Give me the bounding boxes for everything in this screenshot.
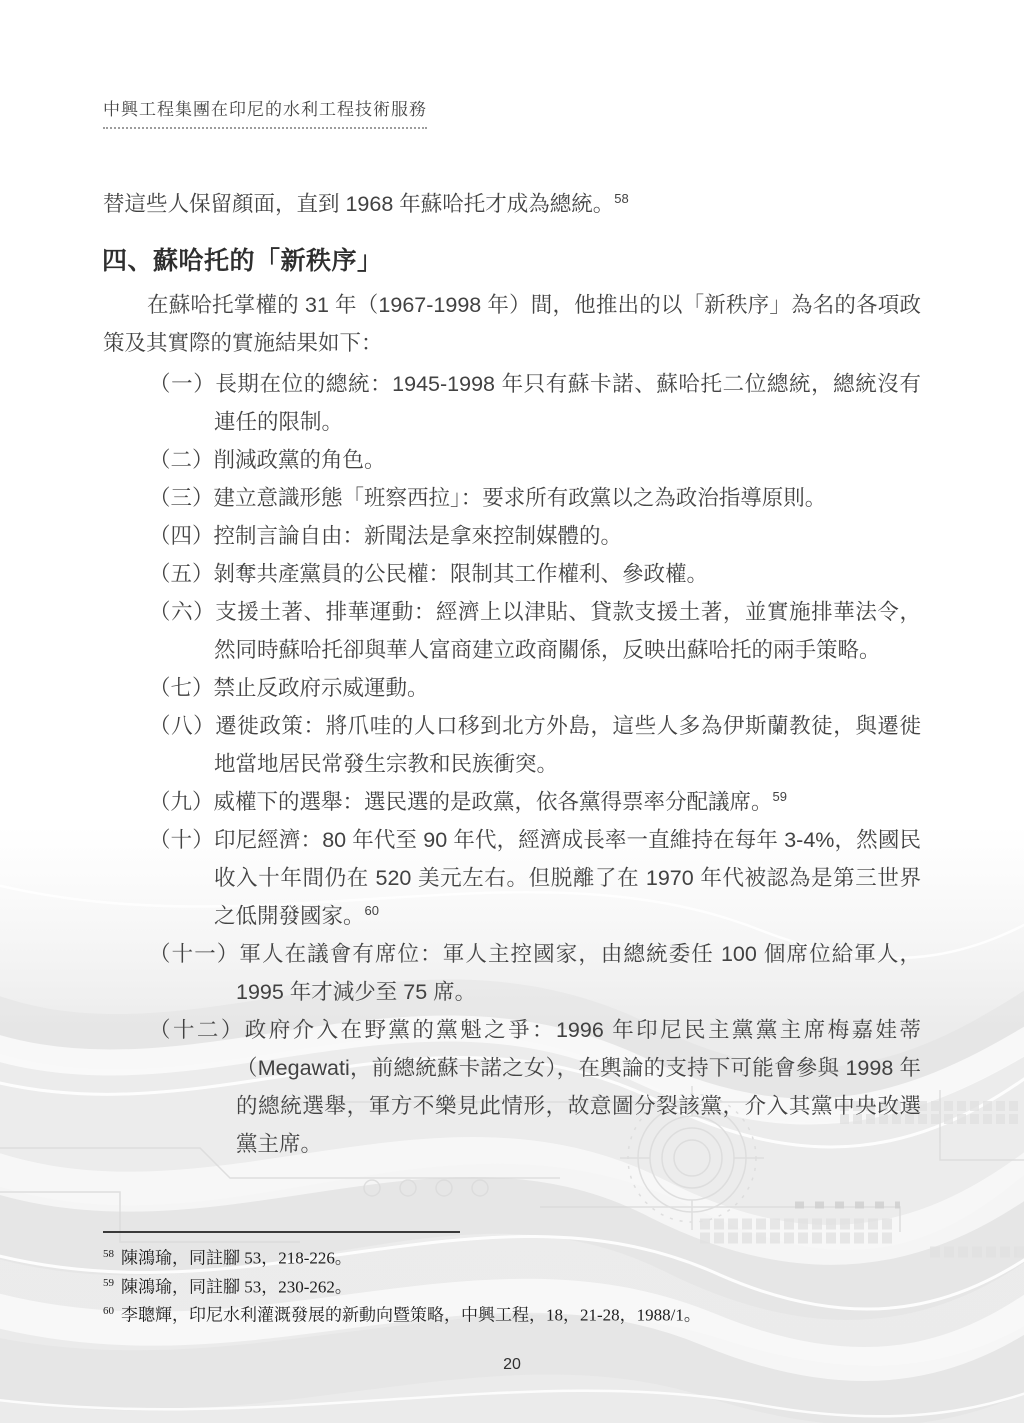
policy-list-item: （七）禁止反政府示威運動。 [149,669,921,707]
footnote-text: 陳鴻瑜，同註腳 53，230-262。 [121,1277,352,1296]
list-item-text: 遷徙政策：將爪哇的人口移到北方外島，這些人多為伊斯蘭教徒，與遷徙地當地居民常發生… [214,714,921,776]
section-lead-paragraph: 在蘇哈托掌權的 31 年（1967-1998 年）間，他推出的以「新秩序」為名的… [103,286,921,362]
policy-list-item: （一）長期在位的總統：1945-1998 年只有蘇卡諾、蘇哈托二位總統，總統沒有… [149,365,921,441]
document-page: 中興工程集團在印尼的水利工程技術服務 替這些人保留顏面，直到 1968 年蘇哈托… [0,0,1024,1423]
policy-list-item: （八）遷徙政策：將爪哇的人口移到北方外島，這些人多為伊斯蘭教徒，與遷徙地當地居民… [149,707,921,783]
section-body: 在蘇哈托掌權的 31 年（1967-1998 年）間，他推出的以「新秩序」為名的… [103,286,921,1163]
policy-list-item: （二）削減政黨的角色。 [149,441,921,479]
list-item-text: 威權下的選舉：選民選的是政黨，依各黨得票率分配議席。 [214,790,773,814]
list-item-text: 削減政黨的角色。 [214,448,386,472]
list-item-marker: （一） [149,372,215,396]
footnote-area: 58陳鴻瑜，同註腳 53，218-226。59陳鴻瑜，同註腳 53，230-26… [103,1231,903,1328]
policy-list-item: （三）建立意識形態「班察西拉」：要求所有政黨以之為政治指導原則。 [149,479,921,517]
policy-list-item: （十一）軍人在議會有席位：軍人主控國家，由總統委任 100 個席位給軍人，199… [149,935,921,1011]
list-item-marker: （三） [149,486,214,510]
policy-list-item: （十二）政府介入在野黨的黨魁之爭：1996 年印尼民主黨黨主席梅嘉娃蒂（Mega… [149,1011,921,1163]
policy-list-item: （十）印尼經濟：80 年代至 90 年代，經濟成長率一直維持在每年 3-4%，然… [149,821,921,935]
list-item-text: 剝奪共產黨員的公民權：限制其工作權利、參政權。 [214,562,709,586]
list-item-marker: （五） [149,562,214,586]
footnote-separator [103,1231,460,1233]
running-header: 中興工程集團在印尼的水利工程技術服務 [103,95,427,129]
list-item-text: 支援土著、排華運動：經濟上以津貼、貸款支援土著，並實施排華法令，然同時蘇哈托卻與… [214,600,921,662]
list-item-text: 禁止反政府示威運動。 [214,676,429,700]
footnote-ref: 60 [365,903,379,918]
list-item-marker: （二） [149,448,214,472]
section-heading: 四、蘇哈托的「新秩序」 [102,241,383,277]
policy-list-item: （六）支援土著、排華運動：經濟上以津貼、貸款支援土著，並實施排華法令，然同時蘇哈… [149,593,921,669]
list-item-marker: （十） [149,828,214,852]
list-item-text: 印尼經濟：80 年代至 90 年代，經濟成長率一直維持在每年 3-4%，然國民收… [214,828,921,928]
list-item-text: 政府介入在野黨的黨魁之爭：1996 年印尼民主黨黨主席梅嘉娃蒂（Megawati… [236,1018,921,1156]
footnote-list: 58陳鴻瑜，同註腳 53，218-226。59陳鴻瑜，同註腳 53，230-26… [103,1242,903,1328]
footnote-number: 59 [103,1277,114,1289]
footnote-ref: 59 [773,789,787,804]
list-item-text: 長期在位的總統：1945-1998 年只有蘇卡諾、蘇哈托二位總統，總統沒有連任的… [214,372,921,434]
list-item-marker: （六） [149,600,215,624]
intro-paragraph: 替這些人保留顏面，直到 1968 年蘇哈托才成為總統。58 [103,184,963,219]
list-item-text: 控制言論自由：新聞法是拿來控制媒體的。 [214,524,623,548]
footnote: 60李聰輝，印尼水利灌溉發展的新動向暨策略，中興工程，18，21-28，1988… [103,1299,903,1328]
list-item-text: 軍人在議會有席位：軍人主控國家，由總統委任 100 個席位給軍人，1995 年才… [236,942,921,1004]
footnote-ref-58: 58 [614,191,628,206]
list-item-marker: （十一） [149,942,239,966]
intro-text: 替這些人保留顏面，直到 1968 年蘇哈托才成為總統。 [103,192,614,216]
page-number: 20 [0,1356,1024,1374]
policy-list: （一）長期在位的總統：1945-1998 年只有蘇卡諾、蘇哈托二位總統，總統沒有… [149,365,921,1163]
policy-list-item: （四）控制言論自由：新聞法是拿來控制媒體的。 [149,517,921,555]
footnote-number: 58 [103,1248,114,1260]
list-item-text: 建立意識形態「班察西拉」：要求所有政黨以之為政治指導原則。 [214,486,827,510]
list-item-marker: （九） [149,790,214,814]
footnote: 59陳鴻瑜，同註腳 53，230-262。 [103,1271,903,1300]
footnote-number: 60 [103,1305,114,1317]
footnote-text: 陳鴻瑜，同註腳 53，218-226。 [121,1249,352,1268]
footnote: 58陳鴻瑜，同註腳 53，218-226。 [103,1242,903,1271]
policy-list-item: （五）剝奪共產黨員的公民權：限制其工作權利、參政權。 [149,555,921,593]
list-item-marker: （十二） [149,1018,245,1042]
footnote-text: 李聰輝，印尼水利灌溉發展的新動向暨策略，中興工程，18，21-28，1988/1… [121,1306,701,1325]
list-item-marker: （四） [149,524,214,548]
running-header-title: 中興工程集團在印尼的水利工程技術服務 [103,95,427,129]
policy-list-item: （九）威權下的選舉：選民選的是政黨，依各黨得票率分配議席。59 [149,783,921,821]
list-item-marker: （八） [149,714,215,738]
list-item-marker: （七） [149,676,214,700]
